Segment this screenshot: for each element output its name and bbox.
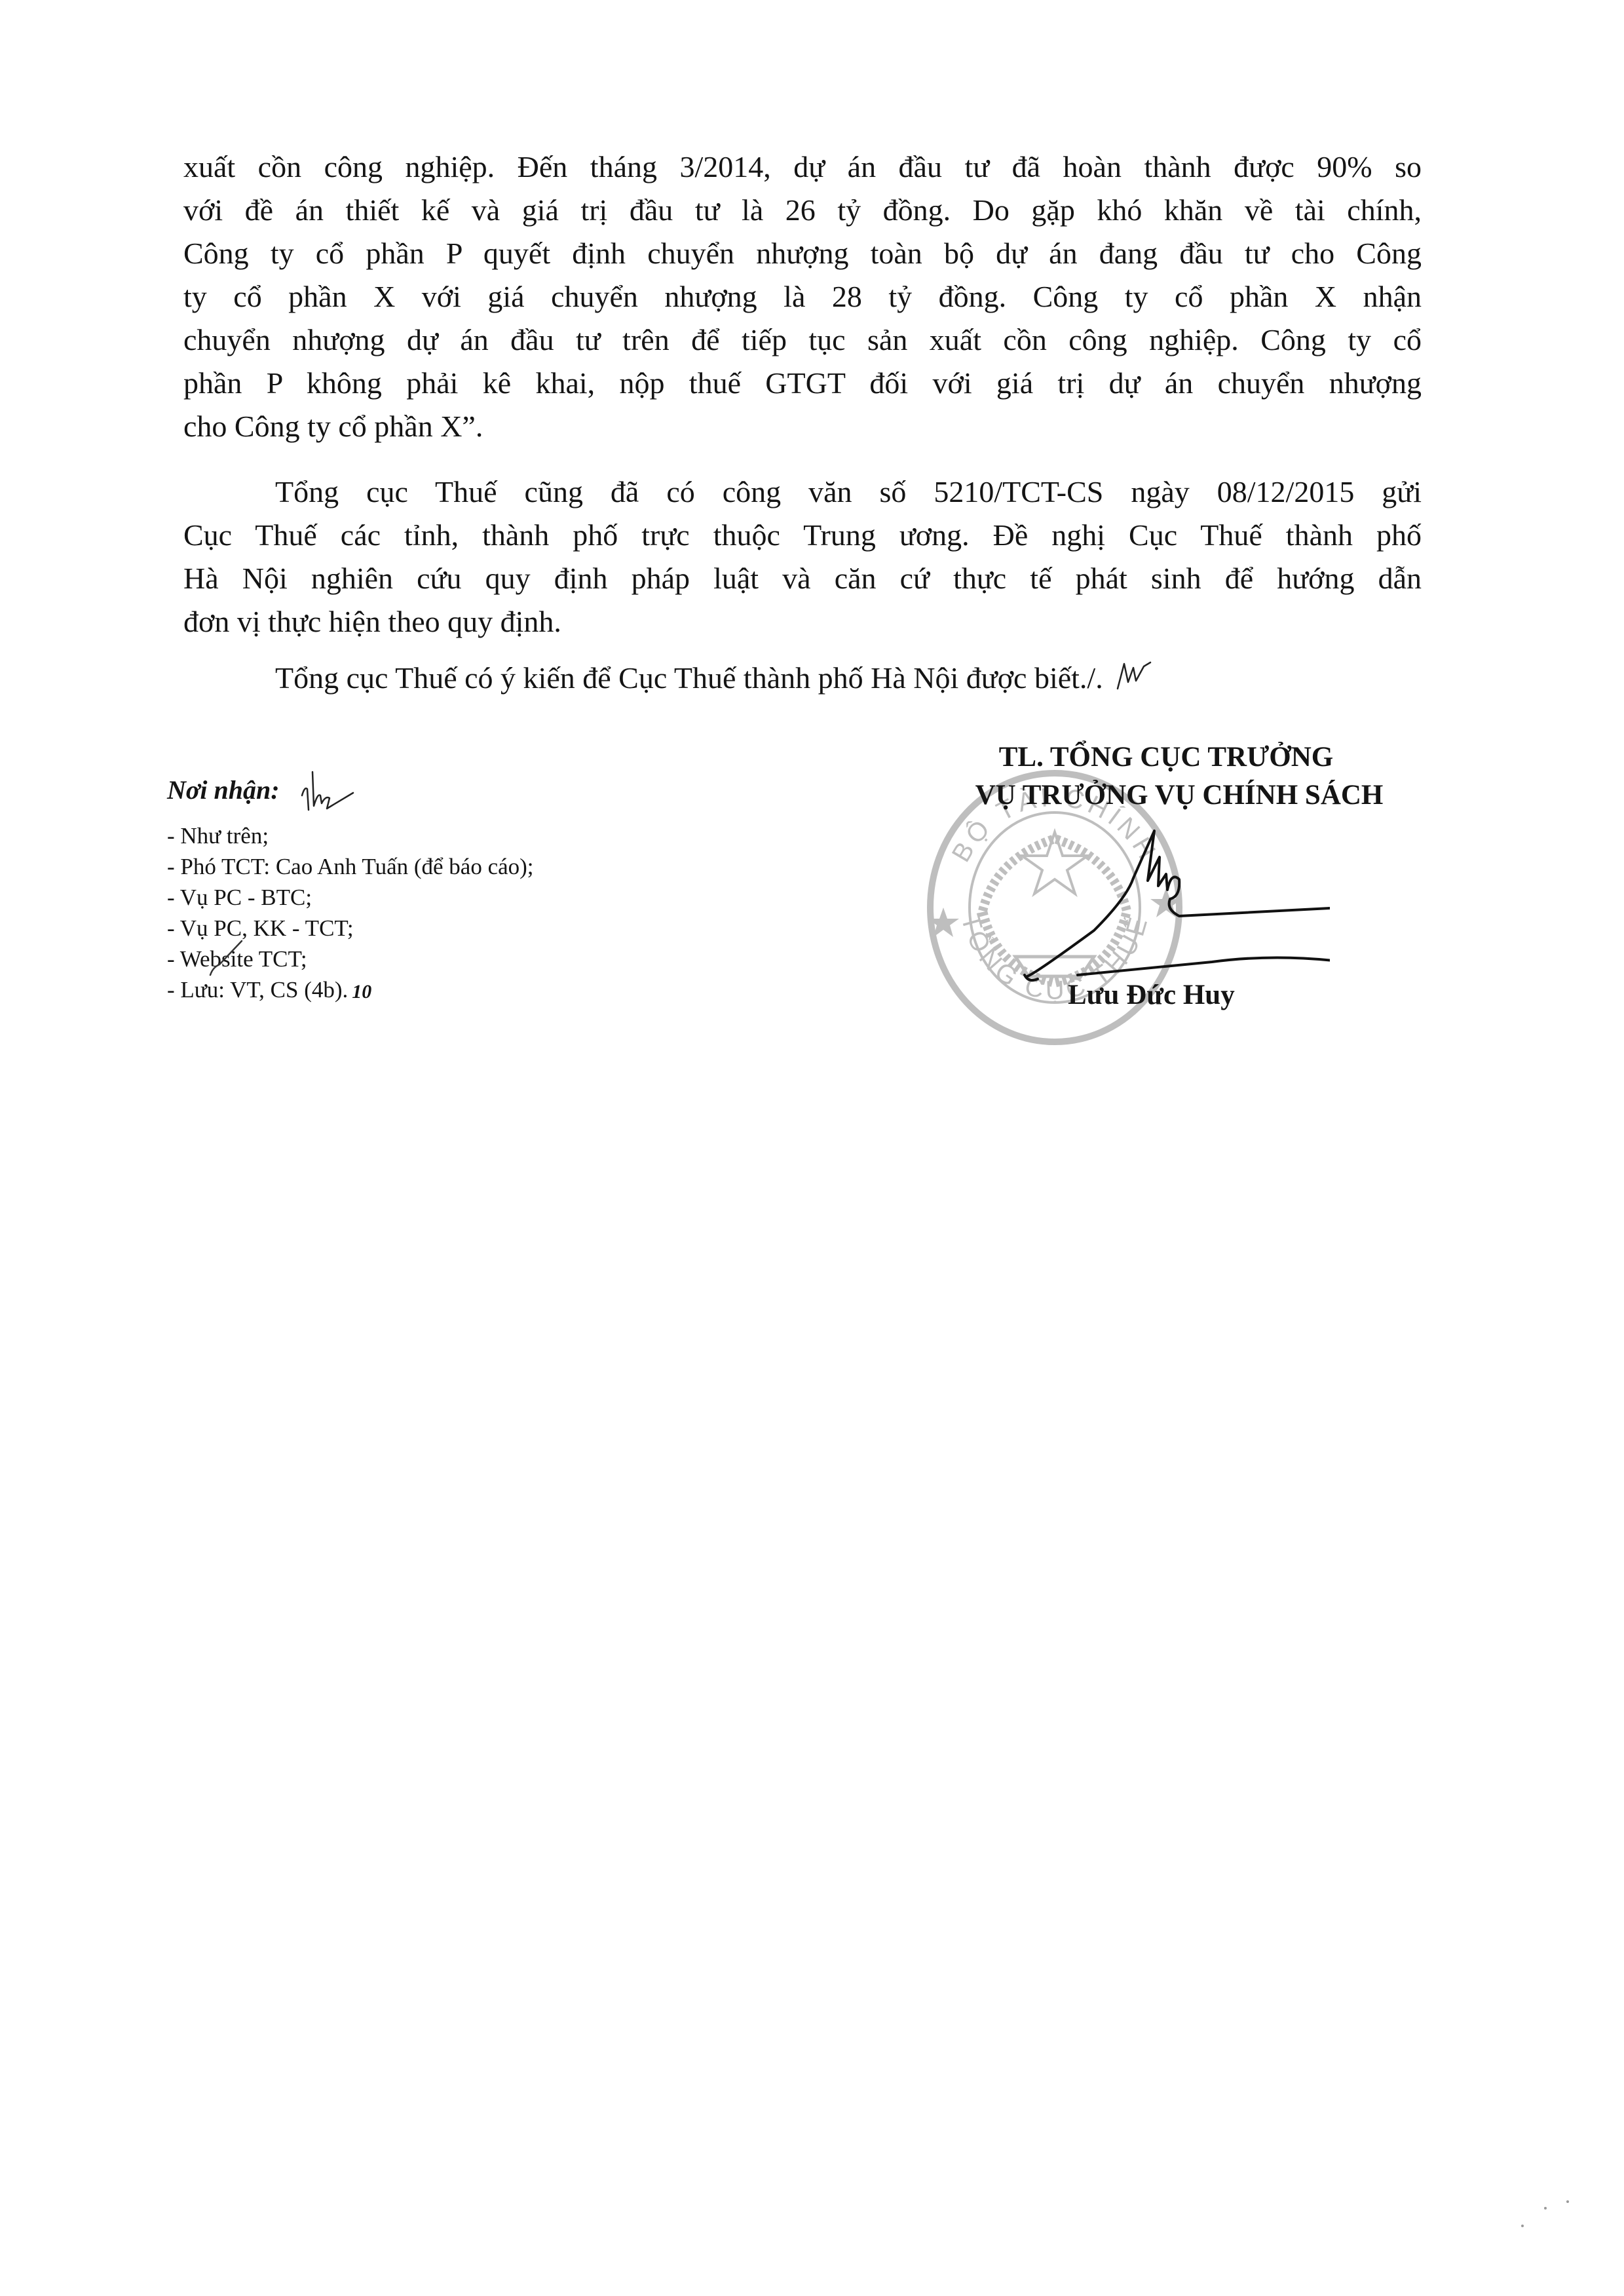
document-page: xuất cồn công nghiệp. Đến tháng 3/2014, … xyxy=(0,0,1624,2296)
closing-text: Tổng cục Thuế có ý kiến để Cục Thuế thàn… xyxy=(275,661,1103,695)
text-line: phần P không phải kê khai, nộp thuế GTGT… xyxy=(183,362,1422,405)
scan-speck xyxy=(1566,2200,1569,2203)
text-line: Công ty cổ phần P quyết định chuyển nhượ… xyxy=(183,232,1422,275)
handwritten-initial-icon xyxy=(298,767,357,820)
recipient-item: - Vụ PC - BTC; xyxy=(167,882,534,913)
paragraph-closing: Tổng cục Thuế có ý kiến để Cục Thuế thàn… xyxy=(183,657,1422,700)
text-line: Tổng cục Thuế cũng đã có công văn số 521… xyxy=(183,470,1422,514)
paragraph-reference-letter: Tổng cục Thuế cũng đã có công văn số 521… xyxy=(183,470,1422,643)
text-line: ty cổ phần X với giá chuyển nhượng là 28… xyxy=(183,275,1422,318)
recipients-label: Nơi nhận: xyxy=(167,770,280,811)
recipient-item: - Phó TCT: Cao Anh Tuấn (để báo cáo); xyxy=(167,851,534,882)
recipient-text: - Lưu: VT, CS (4b). xyxy=(167,977,348,1003)
signature-block: BỘ TÀI CHÍNH TỔNG CỤC THUẾ TL. TỔNG CỤC … xyxy=(891,721,1467,1048)
text-line: đơn vị thực hiện theo quy định. xyxy=(183,600,1422,643)
signature-title-line-2: VỤ TRƯỞNG VỤ CHÍNH SÁCH xyxy=(891,778,1467,813)
text-line: Cục Thuế các tỉnh, thành phố trực thuộc … xyxy=(183,514,1422,557)
text-line: cho Công ty cổ phần X”. xyxy=(183,405,1422,448)
recipient-item: - Như trên; xyxy=(167,820,534,851)
text-line: xuất cồn công nghiệp. Đến tháng 3/2014, … xyxy=(183,145,1422,189)
scan-speck xyxy=(1521,2225,1524,2227)
text-line: Tổng cục Thuế có ý kiến để Cục Thuế thàn… xyxy=(183,657,1422,700)
recipients-block: Nơi nhận: - Như trên; - Phó TCT: Cao Anh… xyxy=(167,767,534,1007)
text-line: chuyển nhượng dự án đầu tư trên để tiếp … xyxy=(183,318,1422,362)
text-line: với đề án thiết kế và giá trị đầu tư là … xyxy=(183,189,1422,232)
recipient-item: - Website TCT; xyxy=(167,944,534,974)
checkmark-icon xyxy=(206,938,246,978)
handwritten-count: 10 xyxy=(352,976,371,1007)
paragraph-quoted-example: xuất cồn công nghiệp. Đến tháng 3/2014, … xyxy=(183,145,1422,448)
scan-speck xyxy=(1544,2207,1547,2210)
text-line: Hà Nội nghiên cứu quy định pháp luật và … xyxy=(183,557,1422,600)
handwritten-initial-icon xyxy=(1115,659,1154,703)
recipient-item: - Lưu: VT, CS (4b).10 xyxy=(167,974,534,1007)
handwritten-signature-icon xyxy=(963,819,1330,993)
signature-title-line-1: TL. TỔNG CỤC TRƯỞNG xyxy=(878,740,1454,775)
